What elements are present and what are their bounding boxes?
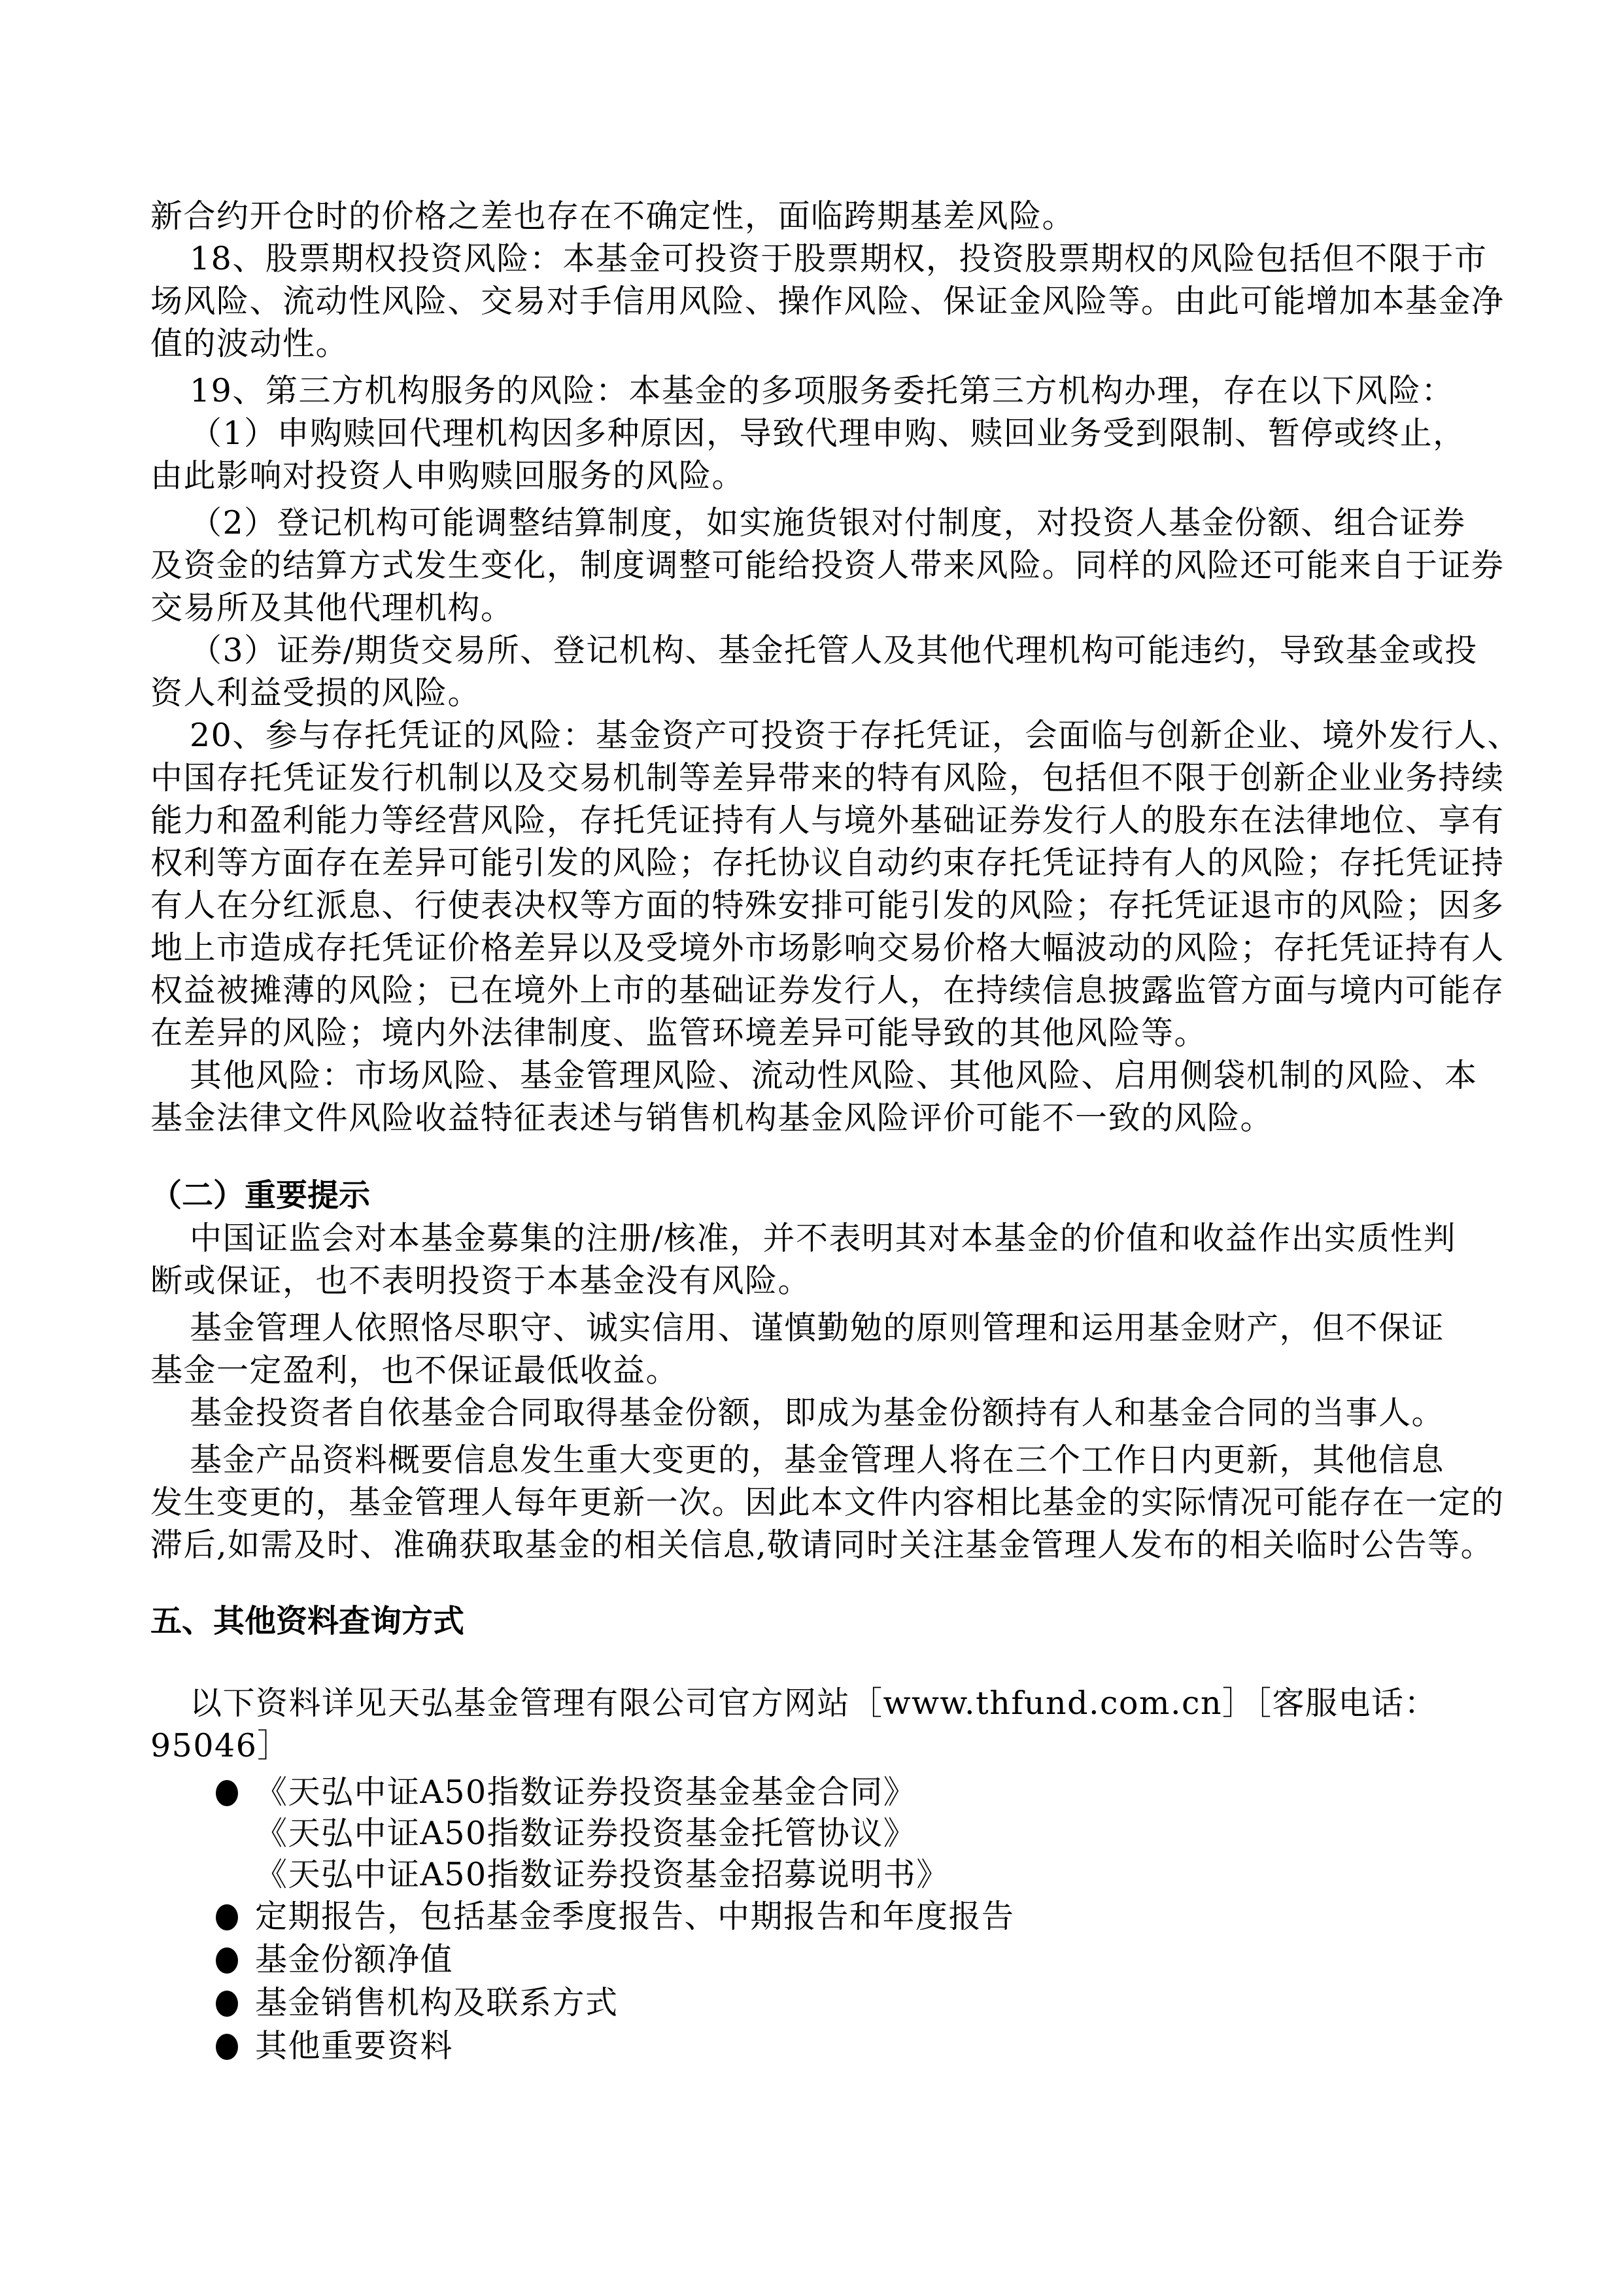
paragraph-line: 基金产品资料概要信息发生重大变更的，基金管理人将在三个工作日内更新，其他信息 <box>150 1439 1478 1481</box>
paragraph-line: 由此影响对投资人申购赎回服务的风险。 <box>150 454 1478 497</box>
paragraph-line: 能力和盈利能力等经营风险，存托凭证持有人与境外基础证券发行人的股东在法律地位、享… <box>150 799 1478 842</box>
paragraph-line: 滞后,如需及时、准确获取基金的相关信息,敬请同时关注基金管理人发布的相关临时公告… <box>150 1524 1478 1566</box>
paragraph-line: 场风险、流动性风险、交易对手信用风险、操作风险、保证金风险等。由此可能增加本基金… <box>150 280 1478 322</box>
paragraph-line: 20、参与存托凭证的风险：基金资产可投资于存托凭证，会面临与创新企业、境外发行人… <box>150 714 1478 757</box>
paragraph-line: 19、第三方机构服务的风险：本基金的多项服务委托第三方机构办理，存在以下风险： <box>150 369 1478 412</box>
list-item: 《天弘中证A50指数证券投资基金托管协议》 <box>150 1813 1478 1854</box>
paragraph-line: 中国存托凭证发行机制以及交易机制等差异带来的特有风险，包括但不限于创新企业业务持… <box>150 757 1478 799</box>
list-item: 《天弘中证A50指数证券投资基金招募说明书》 <box>150 1854 1478 1895</box>
paragraph-line: 交易所及其他代理机构。 <box>150 587 1478 629</box>
other-info-section: 五、其他资料查询方式 以下资料详见天弘基金管理有限公司官方网站［www.thfu… <box>150 1600 1478 2068</box>
paragraph-line: 基金投资者自依基金合同取得基金份额，即成为基金份额持有人和基金合同的当事人。 <box>150 1392 1478 1434</box>
paragraph-line: 权利等方面存在差异可能引发的风险；存托协议自动约束存托凭证持有人的风险；存托凭证… <box>150 842 1478 884</box>
list-item: 基金份额净值 <box>150 1938 1478 1981</box>
bullet-icon <box>216 1991 238 2017</box>
paragraph-line: 其他风险：市场风险、基金管理风险、流动性风险、其他风险、启用侧袋机制的风险、本 <box>150 1054 1478 1097</box>
document-title: 《天弘中证A50指数证券投资基金招募说明书》 <box>255 1856 949 1893</box>
bullet-icon <box>216 1947 238 1974</box>
paragraph-line: 18、股票期权投资风险：本基金可投资于股票期权，投资股票期权的风险包括但不限于市 <box>150 237 1478 280</box>
list-item: 《天弘中证A50指数证券投资基金基金合同》 <box>150 1772 1478 1813</box>
section-heading: 五、其他资料查询方式 <box>150 1600 1478 1643</box>
paragraph-line: 基金一定盈利，也不保证最低收益。 <box>150 1349 1478 1392</box>
paragraph-line: 在差异的风险；境内外法律制度、监管环境差异可能导致的其他风险等。 <box>150 1012 1478 1054</box>
list-item-label: 定期报告，包括基金季度报告、中期报告和年度报告 <box>255 1898 1015 1935</box>
paragraph-line: 地上市造成存托凭证价格差异以及受境外市场影响交易价格大幅波动的风险；存托凭证持有… <box>150 927 1478 969</box>
document-title: 《天弘中证A50指数证券投资基金基金合同》 <box>255 1773 916 1811</box>
bullet-icon <box>216 1904 238 1930</box>
risk-continuation-line: 新合约开仓时的价格之差也存在不确定性，面临跨期基差风险。 <box>150 195 1478 237</box>
paragraph-line: 权益被摊薄的风险；已在境外上市的基础证券发行人，在持续信息披露监管方面与境内可能… <box>150 969 1478 1012</box>
document-page: 新合约开仓时的价格之差也存在不确定性，面临跨期基差风险。 18、股票期权投资风险… <box>150 195 1478 2068</box>
paragraph-line: 中国证监会对本基金募集的注册/核准，并不表明其对本基金的价值和收益作出实质性判 <box>150 1217 1478 1259</box>
other-risks: 其他风险：市场风险、基金管理风险、流动性风险、其他风险、启用侧袋机制的风险、本 … <box>150 1054 1478 1139</box>
list-item-label: 基金销售机构及联系方式 <box>255 1984 619 2021</box>
paragraph-line: 断或保证，也不表明投资于本基金没有风险。 <box>150 1259 1478 1302</box>
list-item-label: 基金份额净值 <box>255 1941 453 1978</box>
bullet-icon <box>216 2034 238 2060</box>
document-title: 《天弘中证A50指数证券投资基金托管协议》 <box>255 1815 916 1852</box>
paragraph-line: 资人利益受损的风险。 <box>150 672 1478 714</box>
bullet-icon <box>216 1780 238 1806</box>
paragraph-line: 值的波动性。 <box>150 322 1478 365</box>
paragraph-line: 发生变更的，基金管理人每年更新一次。因此本文件内容相比基金的实际情况可能存在一定… <box>150 1481 1478 1524</box>
hotline-line: 95046］ <box>150 1724 1478 1767</box>
list-item: 基金销售机构及联系方式 <box>150 1981 1478 2025</box>
section-heading: （二）重要提示 <box>150 1174 1478 1217</box>
paragraph-line: 基金法律文件风险收益特征表述与销售机构基金风险评价可能不一致的风险。 <box>150 1097 1478 1139</box>
paragraph-line: （3）证券/期货交易所、登记机构、基金托管人及其他代理机构可能违约，导致基金或投 <box>150 629 1478 672</box>
list-item-label: 其他重要资料 <box>255 2027 453 2065</box>
paragraph-line: （2）登记机构可能调整结算制度，如实施货银对付制度，对投资人基金份额、组合证券 <box>150 502 1478 544</box>
list-item: 定期报告，包括基金季度报告、中期报告和年度报告 <box>150 1895 1478 1938</box>
risk-item-18: 18、股票期权投资风险：本基金可投资于股票期权，投资股票期权的风险包括但不限于市… <box>150 237 1478 365</box>
documents-list: 《天弘中证A50指数证券投资基金基金合同》 《天弘中证A50指数证券投资基金托管… <box>150 1772 1478 2068</box>
paragraph-line: 基金管理人依照恪尽职守、诚实信用、谨慎勤勉的原则管理和运用基金财产，但不保证 <box>150 1307 1478 1349</box>
paragraph-line: （1）申购赎回代理机构因多种原因，导致代理申购、赎回业务受到限制、暂停或终止， <box>150 412 1478 454</box>
risk-item-19: 19、第三方机构服务的风险：本基金的多项服务委托第三方机构办理，存在以下风险： … <box>150 369 1478 714</box>
paragraph-line: 及资金的结算方式发生变化，制度调整可能给投资人带来风险。同样的风险还可能来自于证… <box>150 544 1478 587</box>
contact-line: 以下资料详见天弘基金管理有限公司官方网站［www.thfund.com.cn］［… <box>150 1682 1478 1724</box>
important-notice-section: （二）重要提示 中国证监会对本基金募集的注册/核准，并不表明其对本基金的价值和收… <box>150 1174 1478 1566</box>
risk-item-20: 20、参与存托凭证的风险：基金资产可投资于存托凭证，会面临与创新企业、境外发行人… <box>150 714 1478 1054</box>
list-item: 其他重要资料 <box>150 2025 1478 2068</box>
paragraph-line: 有人在分红派息、行使表决权等方面的特殊安排可能引发的风险；存托凭证退市的风险；因… <box>150 884 1478 927</box>
